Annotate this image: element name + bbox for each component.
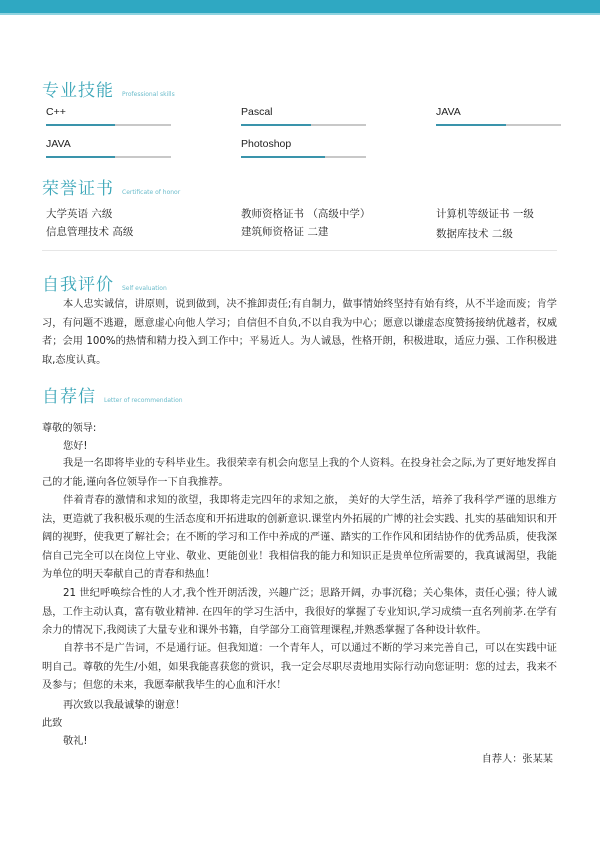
letter-closing: 此致 (42, 714, 62, 729)
skill-bar-fill (436, 124, 506, 126)
skill-item: JAVA (46, 138, 171, 158)
skill-bar-fill (46, 124, 115, 126)
skill-name: C++ (46, 106, 171, 118)
letter-paragraph: 我是一名即将毕业的专科毕业生。我很荣幸有机会向您呈上我的个人资料。在投身社会之际… (42, 455, 557, 492)
section-divider (42, 250, 557, 251)
self-eval-title-en: Self evaluation (122, 285, 167, 292)
skill-bar-fill (46, 156, 115, 158)
skill-bar (46, 124, 171, 126)
skills-title-zh: 专业技能 (42, 76, 114, 101)
skill-name: JAVA (46, 138, 171, 150)
honor-item: 教师资格证书 （高级中学） (241, 206, 370, 221)
skill-bar (436, 124, 561, 126)
header-accent-bar (0, 0, 600, 13)
letter-section-title: 自荐信 Letter of recommendation (42, 382, 183, 407)
letter-thanks: 再次致以我最诚挚的谢意！ (63, 696, 185, 711)
honors-title-en: Certificate of honor (122, 189, 180, 196)
letter-signature: 自荐人：张某某 (482, 750, 553, 765)
skill-bar-fill (241, 156, 325, 158)
header-accent-line (0, 13, 600, 15)
skill-item: Photoshop (241, 138, 366, 158)
letter-title-en: Letter of recommendation (104, 397, 183, 404)
skill-name: JAVA (436, 106, 561, 118)
letter-salutation: 尊敬的领导: (42, 419, 96, 434)
skill-name: Pascal (241, 106, 366, 118)
honor-item: 大学英语 六级 (46, 206, 112, 221)
letter-greeting: 您好! (63, 437, 87, 452)
skill-bar-fill (241, 124, 311, 126)
skills-title-en: Professional skills (122, 91, 175, 98)
skill-item: Pascal (241, 106, 366, 126)
self-eval-section-title: 自我评价 Self evaluation (42, 270, 167, 295)
honor-item: 数据库技术 二级 (436, 226, 513, 241)
honors-title-zh: 荣誉证书 (42, 174, 114, 199)
honor-item: 计算机等级证书 一级 (436, 206, 534, 221)
letter-paragraph: 自荐书不是广告词，不是通行证。但我知道：一个青年人，可以通过不断的学习来完善自己… (42, 640, 557, 696)
letter-paragraph: 伴着青春的激情和求知的欲望，我即将走完四年的求知之旅， 美好的大学生活，培养了我… (42, 492, 557, 585)
self-eval-title-zh: 自我评价 (42, 270, 114, 295)
honor-item: 建筑师资格证 二建 (241, 224, 328, 239)
letter-title-zh: 自荐信 (42, 382, 96, 407)
self-eval-text: 本人忠实诚信，讲原则，说到做到，决不推卸责任;有自制力，做事情始终坚持有始有终，… (42, 296, 557, 370)
letter-regards: 敬礼! (63, 732, 87, 747)
skill-name: Photoshop (241, 138, 366, 150)
honors-section-title: 荣誉证书 Certificate of honor (42, 174, 180, 199)
letter-paragraph: 21 世纪呼唤综合性的人才,我个性开朗活泼，兴趣广泛；思路开阔，办事沉稳；关心集… (42, 585, 557, 641)
honor-item: 信息管理技术 高级 (46, 224, 133, 239)
skills-section-title: 专业技能 Professional skills (42, 76, 175, 101)
skill-bar (46, 156, 171, 158)
skill-item: JAVA (436, 106, 561, 126)
skill-bar (241, 124, 366, 126)
skill-bar (241, 156, 366, 158)
skill-item: C++ (46, 106, 171, 126)
